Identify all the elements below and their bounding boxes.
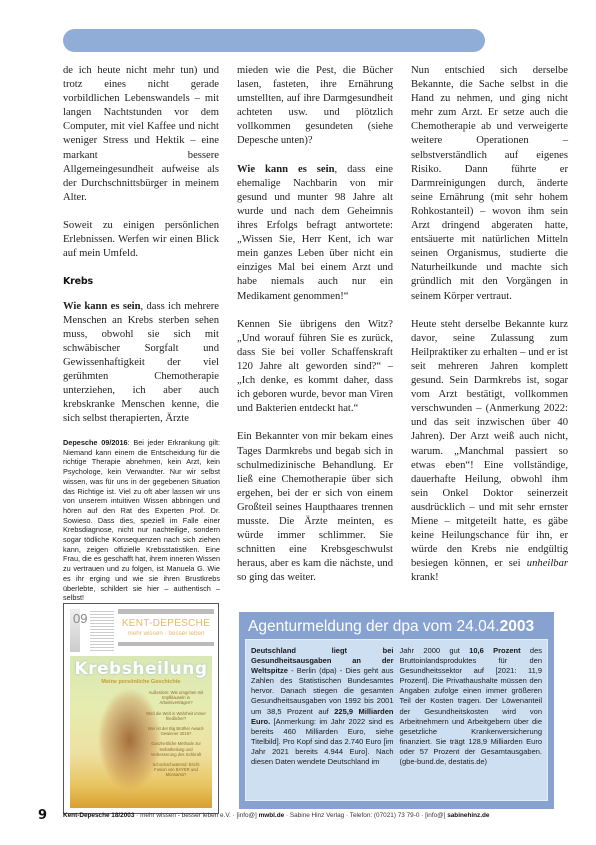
paragraph: Nun entschied sich derselbe Bekannte, di… xyxy=(411,64,568,304)
lead-in: Wie kann es sein xyxy=(237,164,334,175)
note-text: : Bei jeder Erkrankung gilt: Niemand kan… xyxy=(63,438,220,602)
paragraph: Wie kann es sein, dass ich mehrere Mensc… xyxy=(63,300,219,427)
cover-teaser: Schockschwärend: Bricht Fusion von BAYER… xyxy=(146,762,206,778)
paragraph: Soweit zu einigen persönlichen Erlebniss… xyxy=(63,219,219,261)
lead-in: Wie kann es sein xyxy=(63,301,140,312)
column-3: Nun entschied sich derselbe Bekannte, di… xyxy=(411,64,568,585)
paragraph: Kennen Sie übrigens den Witz? „Und worau… xyxy=(237,318,393,417)
section-heading: Krebs xyxy=(63,275,219,289)
paragraph: Ein Bekannter von mir bekam eines Tages … xyxy=(237,430,393,585)
page-footer: 9 Kent-Depesche 18/2003 · mehr wissen - … xyxy=(38,808,568,822)
footer-publication: Kent-Depesche 18/2003 xyxy=(63,812,134,819)
cover-title: Krebsheilung xyxy=(70,659,212,679)
cover-teaser: Wird die Welt in Wahrheit immer friedlic… xyxy=(146,711,206,721)
paragraph: de ich heute nicht mehr tun) und trotz e… xyxy=(63,64,219,205)
page-number: 9 xyxy=(38,808,47,823)
dpa-box-body: Deutschland liegt bei Gesundheitsausgabe… xyxy=(245,639,548,801)
title-year: 2003 xyxy=(500,618,534,635)
cover-tagline: mehr wissen · besser leben xyxy=(118,630,214,637)
paragraph-text: , dass eine ehemalige Nachbarin von mir … xyxy=(237,164,393,302)
cover-strip xyxy=(118,642,214,646)
dpa-column-2: Jahr 2000 gut 10,6 Prozent des Bruttoinl… xyxy=(400,646,543,794)
paragraph-text: krank! xyxy=(411,572,439,583)
paragraph: mieden wie die Pest, die Bücher lasen, f… xyxy=(237,64,393,149)
magazine-cover-image: 09 KENT-DEPESCHE mehr wissen · besser le… xyxy=(63,603,219,814)
dpa-box-title: Agenturmeldung der dpa vom 24.04.2003 xyxy=(245,617,548,639)
paragraph: Heute steht derselbe Bekannte kurz davor… xyxy=(411,318,568,586)
cover-brand: KENT-DEPESCHE xyxy=(118,618,214,629)
cover-strip xyxy=(118,609,214,614)
footer-link-sabinehinz[interactable]: sabinehinz.de xyxy=(447,812,489,819)
dpa-text: [Anmerkung: im Jahr 2022 sind es bereits… xyxy=(251,717,394,766)
column-2: mieden wie die Pest, die Bücher lasen, f… xyxy=(237,64,393,585)
cover-teaser: Ganzheitliche Methode zur Selbstheilung … xyxy=(146,741,206,757)
header-bar xyxy=(63,29,485,52)
dpa-text: Jahr 2000 gut xyxy=(400,646,470,655)
cover-teasers: Außerdem: Wie umgehen mit Impfklauseln i… xyxy=(146,690,206,783)
footer-sep: · Sabine Hinz Verlag · Telefon: (07021) … xyxy=(284,812,447,819)
paragraph-text: , dass ich mehrere Menschen an Krebs ste… xyxy=(63,301,219,425)
footer-sep: · mehr wissen - besser leben e.V. · [inf… xyxy=(134,812,258,819)
cover-subtitle: Meine persönliche Geschichte xyxy=(70,679,212,685)
cover-teaser: Außerdem: Wie umgehen mit Impfklauseln i… xyxy=(146,690,206,706)
column-1: de ich heute nicht mehr tun) und trotz e… xyxy=(63,64,219,426)
cover-microtext xyxy=(90,611,114,651)
footer-link-mwbl[interactable]: mwbl.de xyxy=(259,812,285,819)
footer-text: Kent-Depesche 18/2003 · mehr wissen - be… xyxy=(63,812,489,819)
cover-issue-number: 09 xyxy=(73,611,87,626)
dpa-news-box: Agenturmeldung der dpa vom 24.04.2003 De… xyxy=(239,612,554,809)
dpa-highlight: 10,6 Prozent xyxy=(469,646,520,655)
dpa-column-1: Deutschland liegt bei Gesundheitsausgabe… xyxy=(251,646,394,794)
cover-photo: Krebsheilung Meine persönliche Geschicht… xyxy=(70,656,212,808)
emphasis: unheilbar xyxy=(527,558,568,569)
paragraph-text: Heute steht derselbe Bekannte kurz davor… xyxy=(411,319,568,570)
dpa-text: des Bruttoinlandsproduktes für den Gesun… xyxy=(400,646,543,766)
cover-teaser: Wer ist der Big Brother Award-Gewinner 2… xyxy=(146,726,206,736)
note-lead: Depesche 09/2016 xyxy=(63,438,128,447)
depesche-note: Depesche 09/2016: Bei jeder Erkrankung g… xyxy=(63,438,220,603)
cover-masthead: 09 KENT-DEPESCHE mehr wissen · besser le… xyxy=(70,609,212,652)
paragraph: Wie kann es sein, dass eine ehemalige Na… xyxy=(237,163,393,304)
title-text: Agenturmeldung der dpa vom 24.04. xyxy=(248,618,500,635)
